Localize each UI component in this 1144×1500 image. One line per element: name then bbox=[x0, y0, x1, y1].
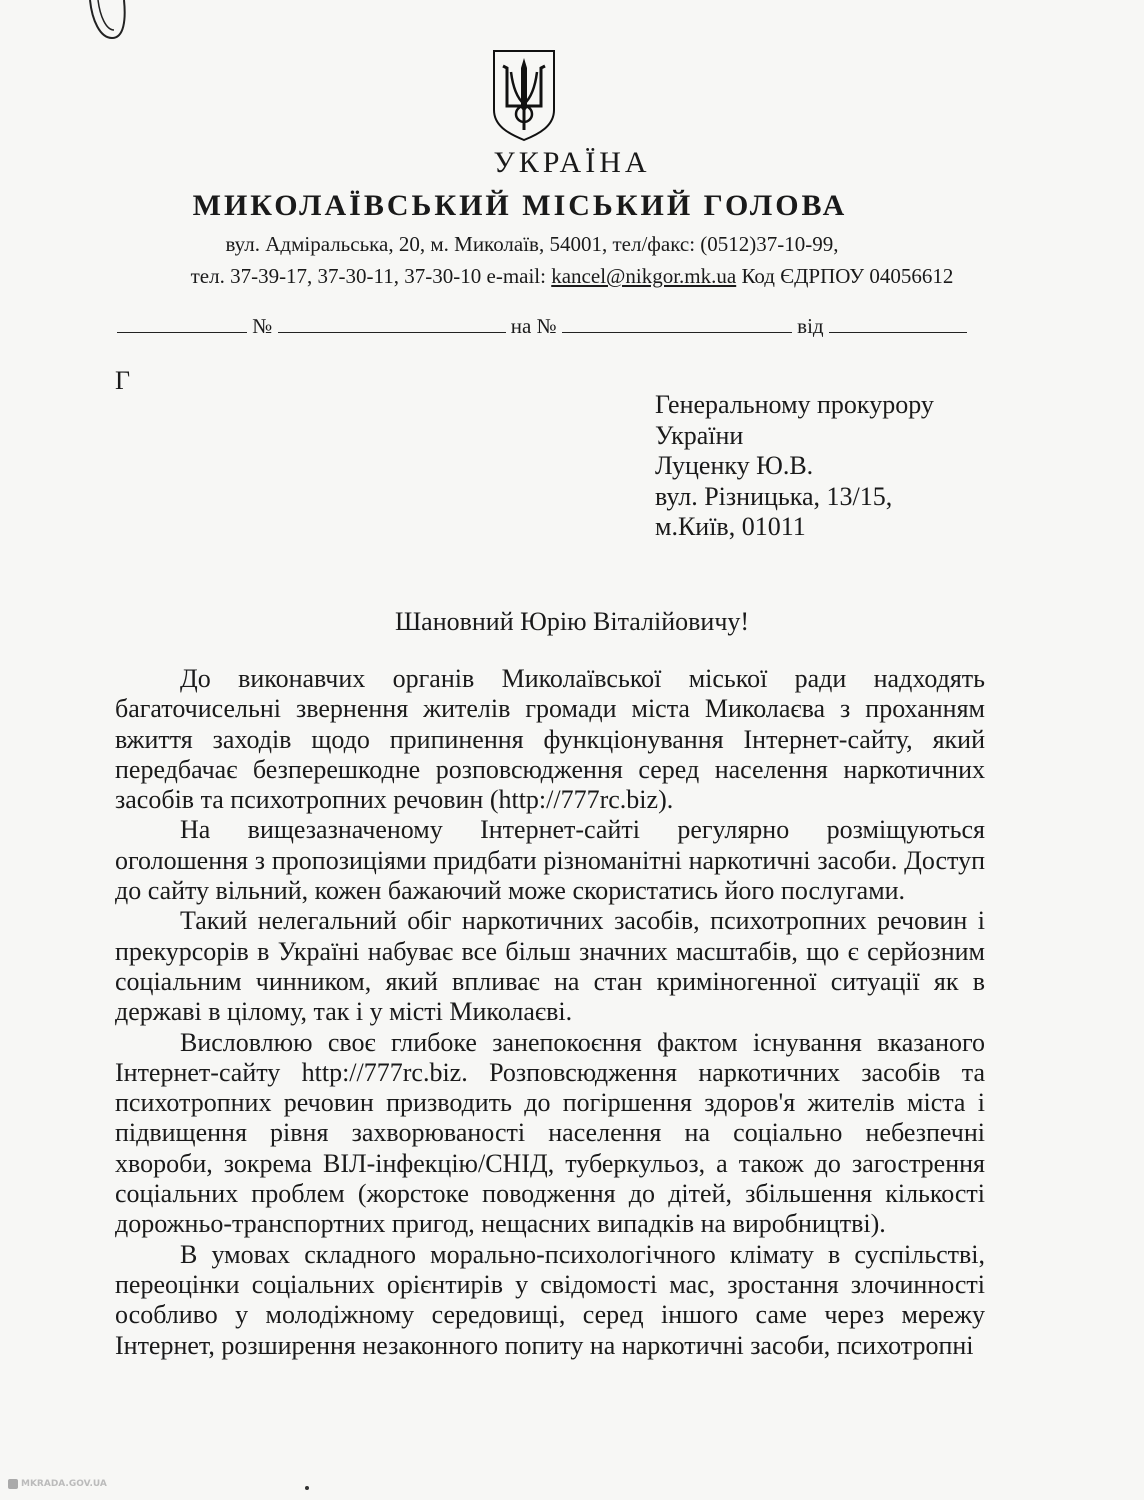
recipient-name: Луценку Ю.В. bbox=[655, 451, 934, 482]
ref-number-field bbox=[278, 314, 506, 333]
watermark-text: MKRADA.GOV.UA bbox=[21, 1479, 107, 1489]
scan-speck bbox=[305, 1486, 309, 1490]
ref-number-label: № bbox=[252, 314, 272, 338]
ref-on-label: на № bbox=[511, 314, 557, 338]
recipient-street: вул. Різницька, 13/15, bbox=[655, 482, 934, 513]
office-title: МИКОЛАЇВСЬКИЙ МІСЬКИЙ ГОЛОВА bbox=[0, 189, 1040, 223]
recipient-block: Генеральному прокурору України Луценку Ю… bbox=[655, 390, 934, 543]
watermark: MKRADA.GOV.UA bbox=[8, 1479, 107, 1489]
paperclip-mark bbox=[86, 0, 134, 40]
ukraine-trident-icon bbox=[491, 48, 557, 142]
address-line-1: вул. Адміральська, 20, м. Миколаїв, 5400… bbox=[0, 232, 1104, 257]
city-crest-icon bbox=[8, 1479, 18, 1489]
reference-line: № на № від bbox=[117, 314, 967, 339]
country-title: УКРАЇНА bbox=[0, 146, 1144, 180]
ref-from-label: від bbox=[797, 314, 823, 338]
paragraph: До виконавчих органів Миколаївської місь… bbox=[115, 664, 985, 815]
recipient-country: України bbox=[655, 421, 934, 452]
paragraph: Висловлюю своє глибоке занепокоєння факт… bbox=[115, 1028, 985, 1240]
paragraph: На вищезазначеному Інтернет-сайті регуля… bbox=[115, 815, 985, 906]
recipient-title: Генеральному прокурору bbox=[655, 390, 934, 421]
contacts-text: тел. 37-39-17, 37-30-11, 37-30-10 e-mail… bbox=[191, 264, 552, 288]
address-line-2: тел. 37-39-17, 37-30-11, 37-30-10 e-mail… bbox=[0, 264, 1144, 289]
ref-from-field bbox=[829, 314, 967, 333]
paragraph: Такий нелегальний обіг наркотичних засоб… bbox=[115, 906, 985, 1027]
paragraph: В умовах складного морально-психологічно… bbox=[115, 1240, 985, 1361]
salutation: Шановний Юрію Віталійовичу! bbox=[0, 607, 1144, 637]
letter-body: До виконавчих органів Миколаївської місь… bbox=[115, 664, 985, 1361]
ref-on-field bbox=[562, 314, 792, 333]
corner-mark: Г bbox=[115, 366, 130, 396]
recipient-city: м.Київ, 01011 bbox=[655, 512, 934, 543]
edrpou-code: Код ЄДРПОУ 04056612 bbox=[736, 264, 953, 288]
email-link[interactable]: kancel@nikgor.mk.ua bbox=[551, 264, 736, 288]
outgoing-date-field bbox=[117, 314, 247, 333]
